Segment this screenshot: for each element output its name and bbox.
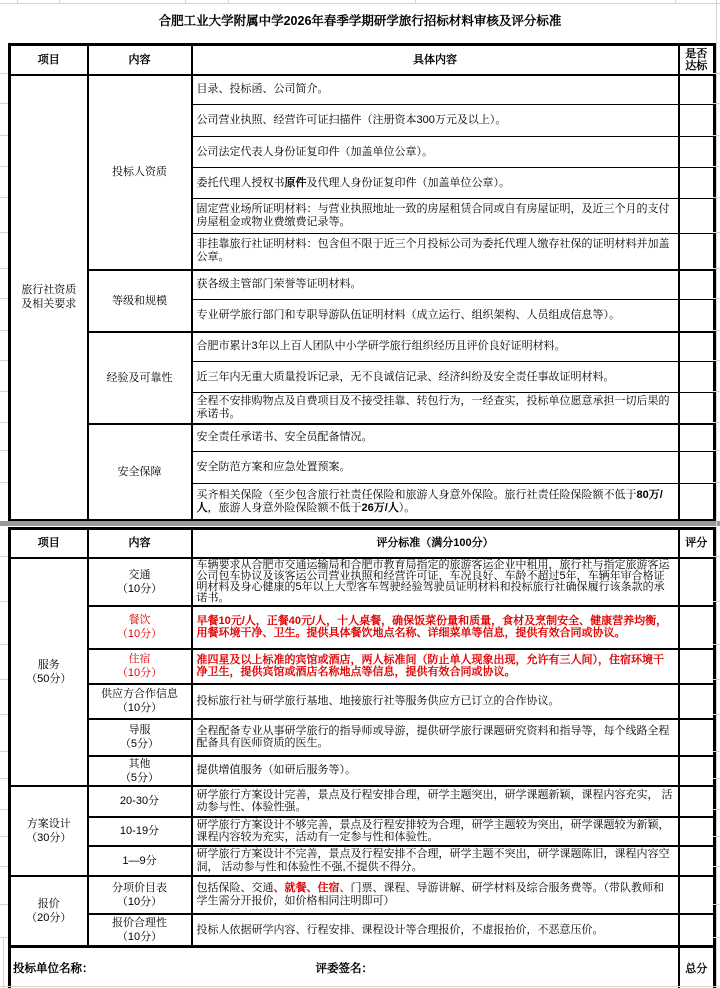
content-item-label: 10-19分 xyxy=(88,817,192,846)
gridline xyxy=(0,330,8,331)
table-row: 方案设计 （30分） 20-30分 研学旅行方案设计完善，景点及行程安排合理，研… xyxy=(10,786,715,817)
table-row: 旅行社资质 及相关要求 投标人资质 目录、投标函、公司简介。 xyxy=(10,75,715,105)
gridline xyxy=(0,986,720,987)
content-group-label: 等级和规模 xyxy=(88,270,192,332)
total-score-cell[interactable]: 总分 xyxy=(679,947,715,988)
table-row: 服务 （50分） 交通 （10分） 车辆要求从合肥市交通运输局和合肥市教育局指定… xyxy=(10,558,715,606)
criteria-text-cell: 研学旅行方案设计完善，景点及行程安排合理，研学主题突出，研学课题新颖，课程内容充… xyxy=(192,786,679,817)
score-cell[interactable] xyxy=(679,684,715,719)
gridline xyxy=(0,3,720,4)
criteria-text-cell: 研学旅行方案设计不完善，景点及行程安排不合理，研学主题不突出，研学课题陈旧，课程… xyxy=(192,846,679,876)
gridline xyxy=(716,0,717,988)
criteria-text-cell: 买齐相关保险（至少包含旅行社责任保险和旅游人身意外保险。旅行社责任险保险额不低于… xyxy=(192,484,679,521)
score-cell[interactable] xyxy=(679,649,715,684)
criteria-text: ，旅游人身意外险保险额不低于 xyxy=(208,502,362,514)
pass-status-cell[interactable] xyxy=(679,105,715,137)
criteria-text-cell: 车辆要求从合肥市交通运输局和合肥市教育局指定的旅游客运企业中租用，旅行社与指定旅… xyxy=(192,558,679,606)
score-cell[interactable] xyxy=(679,719,715,756)
pass-status-cell[interactable] xyxy=(679,452,715,484)
gridline xyxy=(713,391,720,392)
gridline xyxy=(0,866,8,867)
gridline xyxy=(713,360,720,361)
table-row: 10-19分 研学旅行方案设计不够完善，景点及行程安排较为合理，研学主题较为突出… xyxy=(10,817,715,846)
gridline xyxy=(713,232,720,233)
table-row: 报价 （20分） 分项价目表 （10分） 包括保险、交通、就餐、住宿、门票、课程… xyxy=(10,876,715,914)
content-item-label: 供应方合作信息 （10分） xyxy=(88,684,192,719)
gridline xyxy=(0,268,8,269)
table-row: 餐饮 （10分） 早餐10元/人，正餐40元/人，十人桌餐，确保饭菜份量和质量，… xyxy=(10,606,715,649)
criteria-text: ）。 xyxy=(399,502,416,514)
gridline xyxy=(0,422,8,423)
qual-header-row: 项目 内容 具体内容 是否 达标 xyxy=(10,45,715,75)
criteria-text: 及代理人身份证复印件（加盖单位公章）。 xyxy=(307,177,511,189)
content-group-label: 投标人资质 xyxy=(88,75,192,270)
gridline xyxy=(0,904,8,905)
score-cell[interactable] xyxy=(679,846,715,876)
score-cell[interactable] xyxy=(679,817,715,846)
pass-status-cell[interactable] xyxy=(679,75,715,105)
criteria-text-cell: 目录、投标函、公司简介。 xyxy=(192,75,679,105)
gridline xyxy=(713,103,720,104)
content-item-label: 20-30分 xyxy=(88,786,192,817)
scoring-table: 项目 内容 评分标准（满分100分） 评分 服务 （50分） 交通 （10分） … xyxy=(8,527,716,988)
criteria-text-cell: 投标人依据研学内容、行程安排、课程设计等合理报价，不虚报抬价，不恶意压价。 xyxy=(192,914,679,947)
gridline xyxy=(713,268,720,269)
spreadsheet-page: 合肥工业大学附属中学2026年春季学期研学旅行招标材料审核及评分标准 项目 内容… xyxy=(0,0,720,988)
gridline xyxy=(713,450,720,451)
footer-row: 投标单位名称： 评委签名： 总分 xyxy=(10,947,715,988)
pass-status-cell[interactable] xyxy=(679,362,715,393)
col-header-criteria: 评分标准（满分100分） xyxy=(192,529,679,558)
gridline xyxy=(0,714,8,715)
col-header-project: 项目 xyxy=(10,45,88,75)
criteria-text-cell: 研学旅行方案设计不够完善，景点及行程安排较为合理，研学主题较为突出，研学课题较为… xyxy=(192,817,679,846)
score-cell[interactable] xyxy=(679,606,715,649)
table-row: 经验及可靠性 合肥市累计3年以上百人团队中小学研学旅行组织经历且评价良好证明材料… xyxy=(10,332,715,362)
content-item-label: 交通 （10分） xyxy=(88,558,192,606)
content-group-label: 安全保障 xyxy=(88,424,192,521)
judge-signature-label: 评委签名： xyxy=(316,960,374,976)
content-item-label: 住宿 （10分） xyxy=(88,649,192,684)
content-item-label: 1—9分 xyxy=(88,846,192,876)
criteria-text-cell: 公司营业执照、经营许可证扫描件（注册资本300万元及以上）。 xyxy=(192,105,679,137)
pass-status-cell[interactable] xyxy=(679,168,715,199)
gridline xyxy=(713,866,720,867)
col-header-content: 内容 xyxy=(88,45,192,75)
gridline xyxy=(713,298,720,299)
criteria-text: 包括保险、交通 xyxy=(197,882,274,894)
section-separator-band xyxy=(0,521,720,526)
content-group-label: 经验及可靠性 xyxy=(88,332,192,424)
gridline xyxy=(0,450,8,451)
project-group-label: 报价 （20分） xyxy=(10,876,88,947)
project-group-label: 旅行社资质 及相关要求 xyxy=(10,75,88,521)
gridline xyxy=(713,482,720,483)
gridline xyxy=(0,644,8,645)
gridline xyxy=(0,298,8,299)
total-score-label: 总分 xyxy=(685,963,707,975)
gridline xyxy=(0,751,8,752)
gridline xyxy=(713,751,720,752)
gridline xyxy=(0,232,8,233)
project-group-label: 服务 （50分） xyxy=(10,558,88,786)
gridline xyxy=(0,937,8,938)
score-cell[interactable] xyxy=(679,558,715,606)
criteria-text: 委托代理人授权书 xyxy=(197,177,285,189)
col-header-detail: 具体内容 xyxy=(192,45,679,75)
score-cell[interactable] xyxy=(679,876,715,914)
table-row: 导服 （5分） 全程配备专业从事研学旅行的指导师或导游，提供研学旅行课题研究资料… xyxy=(10,719,715,756)
col-header-pass: 是否 达标 xyxy=(679,45,715,75)
table-row: 等级和规模 获各级主管部门荣誉等证明材料。 xyxy=(10,270,715,300)
gridline xyxy=(713,809,720,810)
table-row: 住宿 （10分） 准四星及以上标准的宾馆或酒店，两人标准间（防止单人现象出现，允… xyxy=(10,649,715,684)
criteria-text-cell: 专业研学旅行部门和专职导游队伍证明材料（成立运行、组织架构、人员组成信息等）。 xyxy=(192,300,679,332)
pass-status-cell[interactable] xyxy=(679,199,715,234)
gridline xyxy=(713,166,720,167)
content-item-label: 报价合理性 （10分） xyxy=(88,914,192,947)
gridline xyxy=(0,482,8,483)
gridline xyxy=(0,601,8,602)
criteria-text: 买齐相关保险（至少包含旅行社责任保险和旅游人身意外保险。旅行社责任险保险额不低于 xyxy=(197,489,637,501)
gridline xyxy=(713,644,720,645)
criteria-text-cell: 投标旅行社与研学旅行基地、地接旅行社等服务供应方已订立的合作协议。 xyxy=(192,684,679,719)
pass-status-cell[interactable] xyxy=(679,270,715,300)
gridline xyxy=(0,809,8,810)
criteria-text-cell: 安全责任承诺书、安全员配备情况。 xyxy=(192,424,679,452)
gridline xyxy=(17,0,18,4)
criteria-text-cell: 合肥市累计3年以上百人团队中小学研学旅行组织经历且评价良好证明材料。 xyxy=(192,332,679,362)
pass-status-cell[interactable] xyxy=(679,424,715,452)
pass-status-cell[interactable] xyxy=(679,393,715,424)
gridline xyxy=(713,714,720,715)
pass-status-cell[interactable] xyxy=(679,300,715,332)
score-cell[interactable] xyxy=(679,914,715,947)
criteria-text-cell: 早餐10元/人，正餐40元/人，十人桌餐，确保饭菜份量和质量，食材及烹制安全、健… xyxy=(192,606,679,649)
content-item-label: 餐饮 （10分） xyxy=(88,606,192,649)
gridline xyxy=(713,73,720,74)
gridline xyxy=(0,103,8,104)
criteria-text-cell: 全程配备专业从事研学旅行的指导师或导游，提供研学旅行课题研究资料和指导等，每个线… xyxy=(192,719,679,756)
criteria-text-cell: 非挂靠旅行社证明材料：包含但不限于近三个月投标公司为委托代理人缴存社保的证明材料… xyxy=(192,234,679,270)
bidder-name-label: 投标单位名称： xyxy=(13,960,94,976)
gridline xyxy=(59,0,60,4)
criteria-text-red: 、就餐、住宿 xyxy=(274,882,340,894)
gridline xyxy=(713,778,720,779)
gridline xyxy=(0,391,8,392)
gridline xyxy=(185,0,186,4)
gridline xyxy=(713,330,720,331)
score-cell[interactable] xyxy=(679,786,715,817)
pass-status-cell[interactable] xyxy=(679,332,715,362)
footer-signature-cell: 投标单位名称： 评委签名： xyxy=(10,947,679,988)
criteria-text-bold: 26万/人 xyxy=(362,502,399,514)
gridline xyxy=(675,0,676,4)
gridline xyxy=(713,601,720,602)
gridline xyxy=(3,937,4,988)
criteria-text-cell: 提供增值服务（如研后服务等）。 xyxy=(192,756,679,786)
gridline xyxy=(0,836,8,837)
table-row: 供应方合作信息 （10分） 投标旅行社与研学旅行基地、地接旅行社等服务供应方已订… xyxy=(10,684,715,719)
criteria-text-cell: 获各级主管部门荣誉等证明材料。 xyxy=(192,270,679,300)
project-group-label: 方案设计 （30分） xyxy=(10,786,88,876)
table-row: 1—9分 研学旅行方案设计不完善，景点及行程安排不合理，研学主题不突出，研学课题… xyxy=(10,846,715,876)
gridline xyxy=(0,197,8,198)
gridline xyxy=(0,679,8,680)
content-item-label: 分项价目表 （10分） xyxy=(88,876,192,914)
gridline xyxy=(713,422,720,423)
score-header-row: 项目 内容 评分标准（满分100分） 评分 xyxy=(10,529,715,558)
qualification-table: 项目 内容 具体内容 是否 达标 旅行社资质 及相关要求 投标人资质 目录、投标… xyxy=(8,43,716,522)
criteria-text-cell: 安全防范方案和应急处置预案。 xyxy=(192,452,679,484)
table-row: 安全保障 安全责任承诺书、安全员配备情况。 xyxy=(10,424,715,452)
table-row: 报价合理性 （10分） 投标人依据研学内容、行程安排、课程设计等合理报价，不虚报… xyxy=(10,914,715,947)
col-header-project: 项目 xyxy=(10,529,88,558)
gridline xyxy=(0,135,8,136)
pass-status-cell[interactable] xyxy=(679,484,715,521)
gridline xyxy=(713,904,720,905)
criteria-text-cell: 近三年内无重大质量投诉记录，无不良诚信记录、经济纠纷及安全责任事故证明材料。 xyxy=(192,362,679,393)
gridline xyxy=(415,0,416,4)
criteria-text-cell: 全程不安排购物点及自费项目及不接受挂靠、转包行为，一经查实，投标单位愿意承担一切… xyxy=(192,393,679,424)
gridline xyxy=(713,556,720,557)
col-header-score: 评分 xyxy=(679,529,715,558)
gridline xyxy=(713,135,720,136)
criteria-text-bold: 原件 xyxy=(285,177,307,189)
criteria-text-cell: 公司法定代表人身份证复印件（加盖单位公章）。 xyxy=(192,137,679,168)
gridline xyxy=(713,197,720,198)
content-item-label: 其他 （5分） xyxy=(88,756,192,786)
content-item-label: 导服 （5分） xyxy=(88,719,192,756)
pass-status-cell[interactable] xyxy=(679,137,715,168)
gridline xyxy=(228,0,229,4)
score-cell[interactable] xyxy=(679,756,715,786)
gridline xyxy=(713,679,720,680)
criteria-text-cell: 包括保险、交通、就餐、住宿、门票、课程、导游讲解、研学材料及综合服务费等。（带队… xyxy=(192,876,679,914)
gridline xyxy=(0,778,8,779)
col-header-content: 内容 xyxy=(88,529,192,558)
sheet-title: 合肥工业大学附属中学2026年春季学期研学旅行招标材料审核及评分标准 xyxy=(0,6,720,43)
gridline xyxy=(0,166,8,167)
criteria-text-cell: 固定营业场所证明材料：与营业执照地址一致的房屋租赁合同或自有房屋证明，及近三个月… xyxy=(192,199,679,234)
gridline xyxy=(0,73,8,74)
table-row: 其他 （5分） 提供增值服务（如研后服务等）。 xyxy=(10,756,715,786)
gridline xyxy=(713,937,720,938)
gridline xyxy=(713,836,720,837)
criteria-text-cell: 委托代理人授权书原件及代理人身份证复印件（加盖单位公章）。 xyxy=(192,168,679,199)
gridline xyxy=(0,556,8,557)
criteria-text-cell: 准四星及以上标准的宾馆或酒店，两人标准间（防止单人现象出现，允许有三人间），住宿… xyxy=(192,649,679,684)
gridline xyxy=(0,360,8,361)
pass-status-cell[interactable] xyxy=(679,234,715,270)
